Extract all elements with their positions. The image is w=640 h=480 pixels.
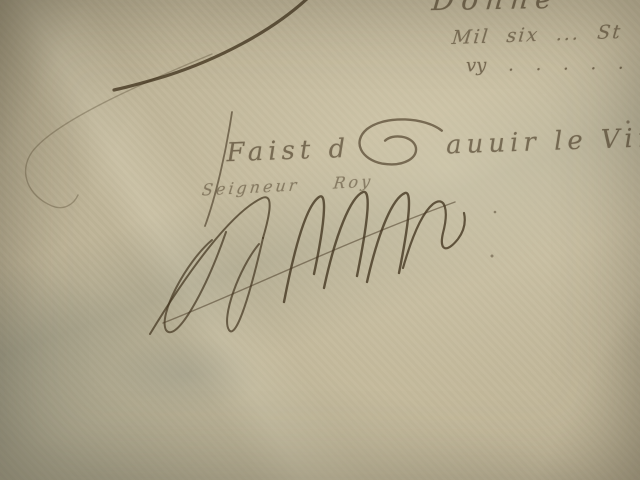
paraph-faint-curve — [26, 54, 212, 208]
signature-loop-2 — [324, 192, 368, 288]
paraph-bold-curve — [114, 0, 310, 90]
ink-swirl-flourish — [351, 113, 445, 170]
signature-descender-loop-1 — [165, 232, 226, 332]
date-year-inscription: Mil six ... St — [451, 21, 623, 49]
signature-lead-stroke — [150, 197, 270, 334]
top-clipped-inscription: Donné — [431, 0, 561, 17]
signature-loop-1 — [284, 196, 324, 302]
secretary-countersign-line: Seigneur Roy — [201, 171, 374, 199]
place-date-left-text: Faist d — [226, 134, 351, 168]
place-date-right-text: auuir le Vingt — [446, 122, 640, 161]
signature-final-flick — [403, 201, 465, 268]
signature-loop-3 — [367, 193, 409, 282]
manuscript-photo: Donné Mil six ... St vy . . . . . Faist … — [0, 0, 640, 480]
ink-speck-3 — [491, 255, 494, 258]
place-date-line: Faist d auuir le Vingt — [225, 104, 640, 168]
ink-speck-2 — [494, 211, 497, 214]
signature-cross-stroke — [163, 202, 455, 323]
dotted-fill-line: vy . . . . . — [466, 53, 624, 77]
signature-descender-loop-2 — [227, 238, 263, 331]
